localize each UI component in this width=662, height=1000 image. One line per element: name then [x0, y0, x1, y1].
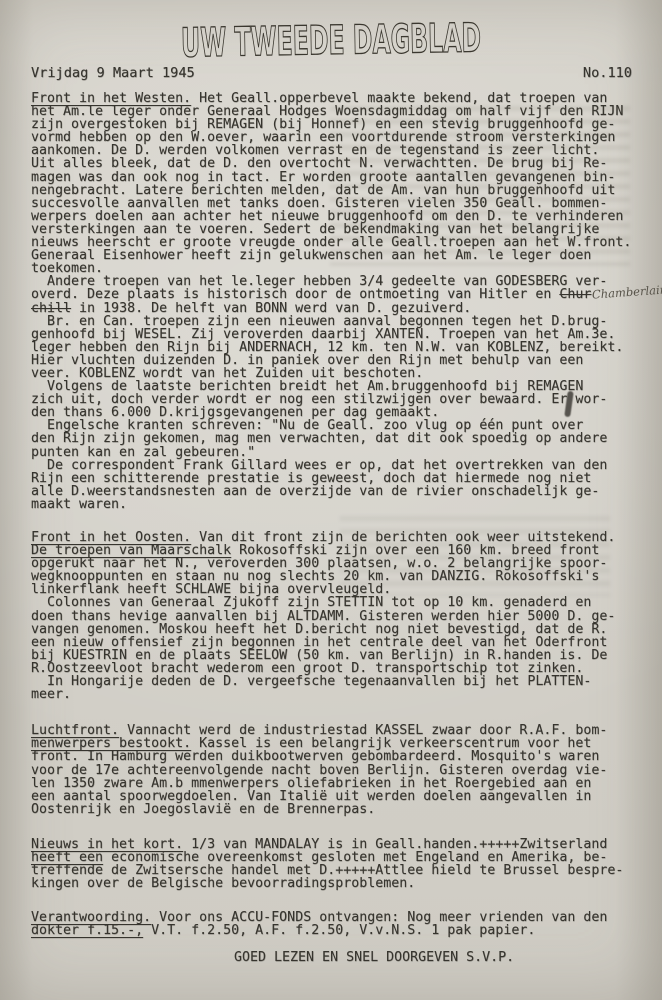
masthead-title-art: UW TWEEDE DAGBLAD	[0, 0, 662, 62]
paragraph-text: Het Geall.opperbevel maakte bekend, dat …	[31, 91, 631, 276]
paragraph-text: Br. en Can. troepen zijn een nieuwen aan…	[31, 314, 623, 381]
issue-date: Vrijdag 9 Maart 1945	[31, 66, 195, 80]
section-luchtfront: Luchtfront. Vannacht werd de industriest…	[31, 724, 641, 816]
dateline-row: Vrijdag 9 Maart 1945 No.110	[31, 66, 632, 80]
paragraph: Engelsche kranten schreven: "Nu de Geall…	[31, 419, 641, 458]
paragraph-text: In Hongarije deden de D. vergeefsche teg…	[31, 674, 591, 702]
paragraph-text: Engelsche kranten schreven: "Nu de Geall…	[31, 418, 607, 459]
paragraph: In Hongarije deden de D. vergeefsche teg…	[31, 675, 641, 701]
section-front-in-het-oosten: Front in het Oosten. Van dit front zijn …	[31, 531, 641, 701]
underlined-text: dokter f.15.-,	[31, 923, 143, 938]
paragraph-text: Volgens de laatste berichten breidt het …	[31, 379, 607, 420]
struck-word: Chur	[559, 287, 591, 302]
section-front-in-het-westen: Front in het Westen. Het Geall.opperbeve…	[31, 92, 641, 511]
paragraph: Front in het Westen. Het Geall.opperbeve…	[31, 92, 641, 275]
paragraph: De correspondent Frank Gillard wees er o…	[31, 459, 641, 511]
paragraph-text: De correspondent Frank Gillard wees er o…	[31, 458, 607, 512]
issue-number: No.110	[583, 66, 632, 80]
closing-slogan: GOED LEZEN EN SNEL DOORGEVEN S.V.P.	[234, 951, 662, 964]
paragraph: Nieuws in het kort. 1/3 van MANDALAY is …	[31, 838, 641, 890]
section-nieuws-in-het-kort: Nieuws in het kort. 1/3 van MANDALAY is …	[31, 838, 641, 890]
paragraph-text: V.T. f.2.50, A.F. f.2.50, V.v.N.S. 1 pak…	[143, 923, 535, 938]
scanned-newsletter-page: UW TWEEDE DAGBLAD Vrijdag 9 Maart 1945 N…	[0, 0, 662, 1000]
paragraph: Luchtfront. Vannacht werd de industriest…	[31, 724, 641, 816]
handwritten-correction: Chamberlain	[592, 284, 662, 302]
newsletter-title: UW TWEEDE DAGBLAD	[181, 15, 482, 62]
paragraph: Colonnes van Generaal Zjukoff zijn STETT…	[31, 596, 641, 675]
section-verantwoording: Verantwoording. Voor ons ACCU-FONDS ontv…	[31, 911, 641, 937]
paragraph: Front in het Oosten. Van dit front zijn …	[31, 531, 641, 596]
paragraph-text: Kassel is een belangrijk verkeerscentrum…	[31, 736, 607, 816]
paragraph-text: economische overeenkomst gesloten met En…	[31, 850, 623, 891]
paragraph-text: Colonnes van Generaal Zjukoff zijn STETT…	[31, 595, 615, 675]
newsletter-body: Front in het Westen. Het Geall.opperbeve…	[31, 92, 641, 937]
paragraph: Br. en Can. troepen zijn een nieuwen aan…	[31, 315, 641, 380]
paragraph: Andere troepen van het le.leger hebben 3…	[31, 275, 641, 314]
paragraph: Volgens de laatste berichten breidt het …	[31, 380, 641, 419]
paragraph-text: Andere troepen van het le.leger hebben 3…	[31, 274, 607, 302]
paragraph: Verantwoording. Voor ons ACCU-FONDS ontv…	[31, 911, 641, 937]
